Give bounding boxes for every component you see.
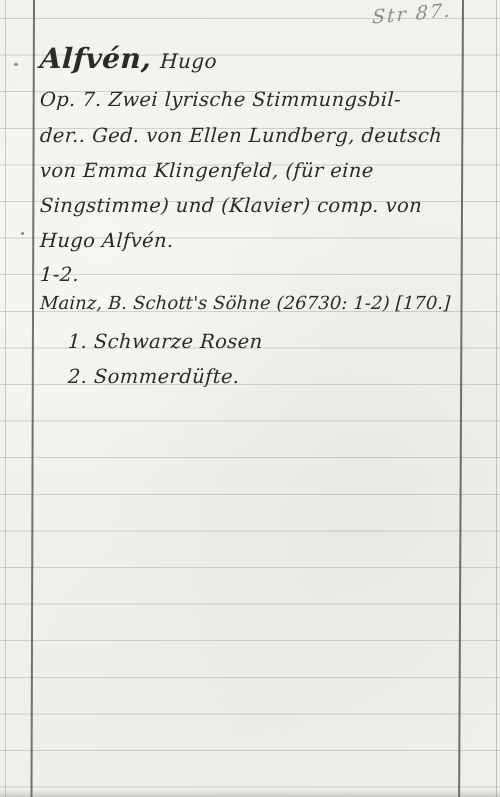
entry-line: Hugo Alfvén. (39, 229, 174, 252)
contents-item: 2. Sommerdüfte. (67, 365, 240, 388)
imprint-line: Mainz, B. Schott's Söhne (26730: 1-2) [1… (39, 293, 450, 314)
entry-line: Op. 7. Zwei lyrische Stimmungsbil- (39, 88, 401, 111)
entry-line: 1-2. (39, 263, 79, 286)
ruled-lines (0, 0, 500, 797)
entry-line: der.. Ged. von Ellen Lundberg, deutsch (39, 124, 442, 147)
ink-speck (21, 232, 24, 235)
catalogue-card-scan: Str 87. Alfvén,Hugo Op. 7. Zwei lyrische… (0, 0, 500, 797)
entry-line: von Emma Klingenfeld, (für eine (39, 159, 374, 182)
entry-line: Singstimme) und (Klavier) comp. von (39, 194, 422, 217)
ink-speck (14, 63, 18, 66)
author-surname: Alfvén, (39, 42, 152, 75)
card-left-edge-line (5, 0, 6, 797)
author-heading: Alfvén,Hugo (39, 42, 218, 75)
author-forename: Hugo (160, 49, 218, 73)
card-bottom-shadow (0, 790, 500, 797)
card-right-edge-line (496, 0, 497, 797)
contents-item: 1. Schwarze Rosen (67, 330, 263, 353)
